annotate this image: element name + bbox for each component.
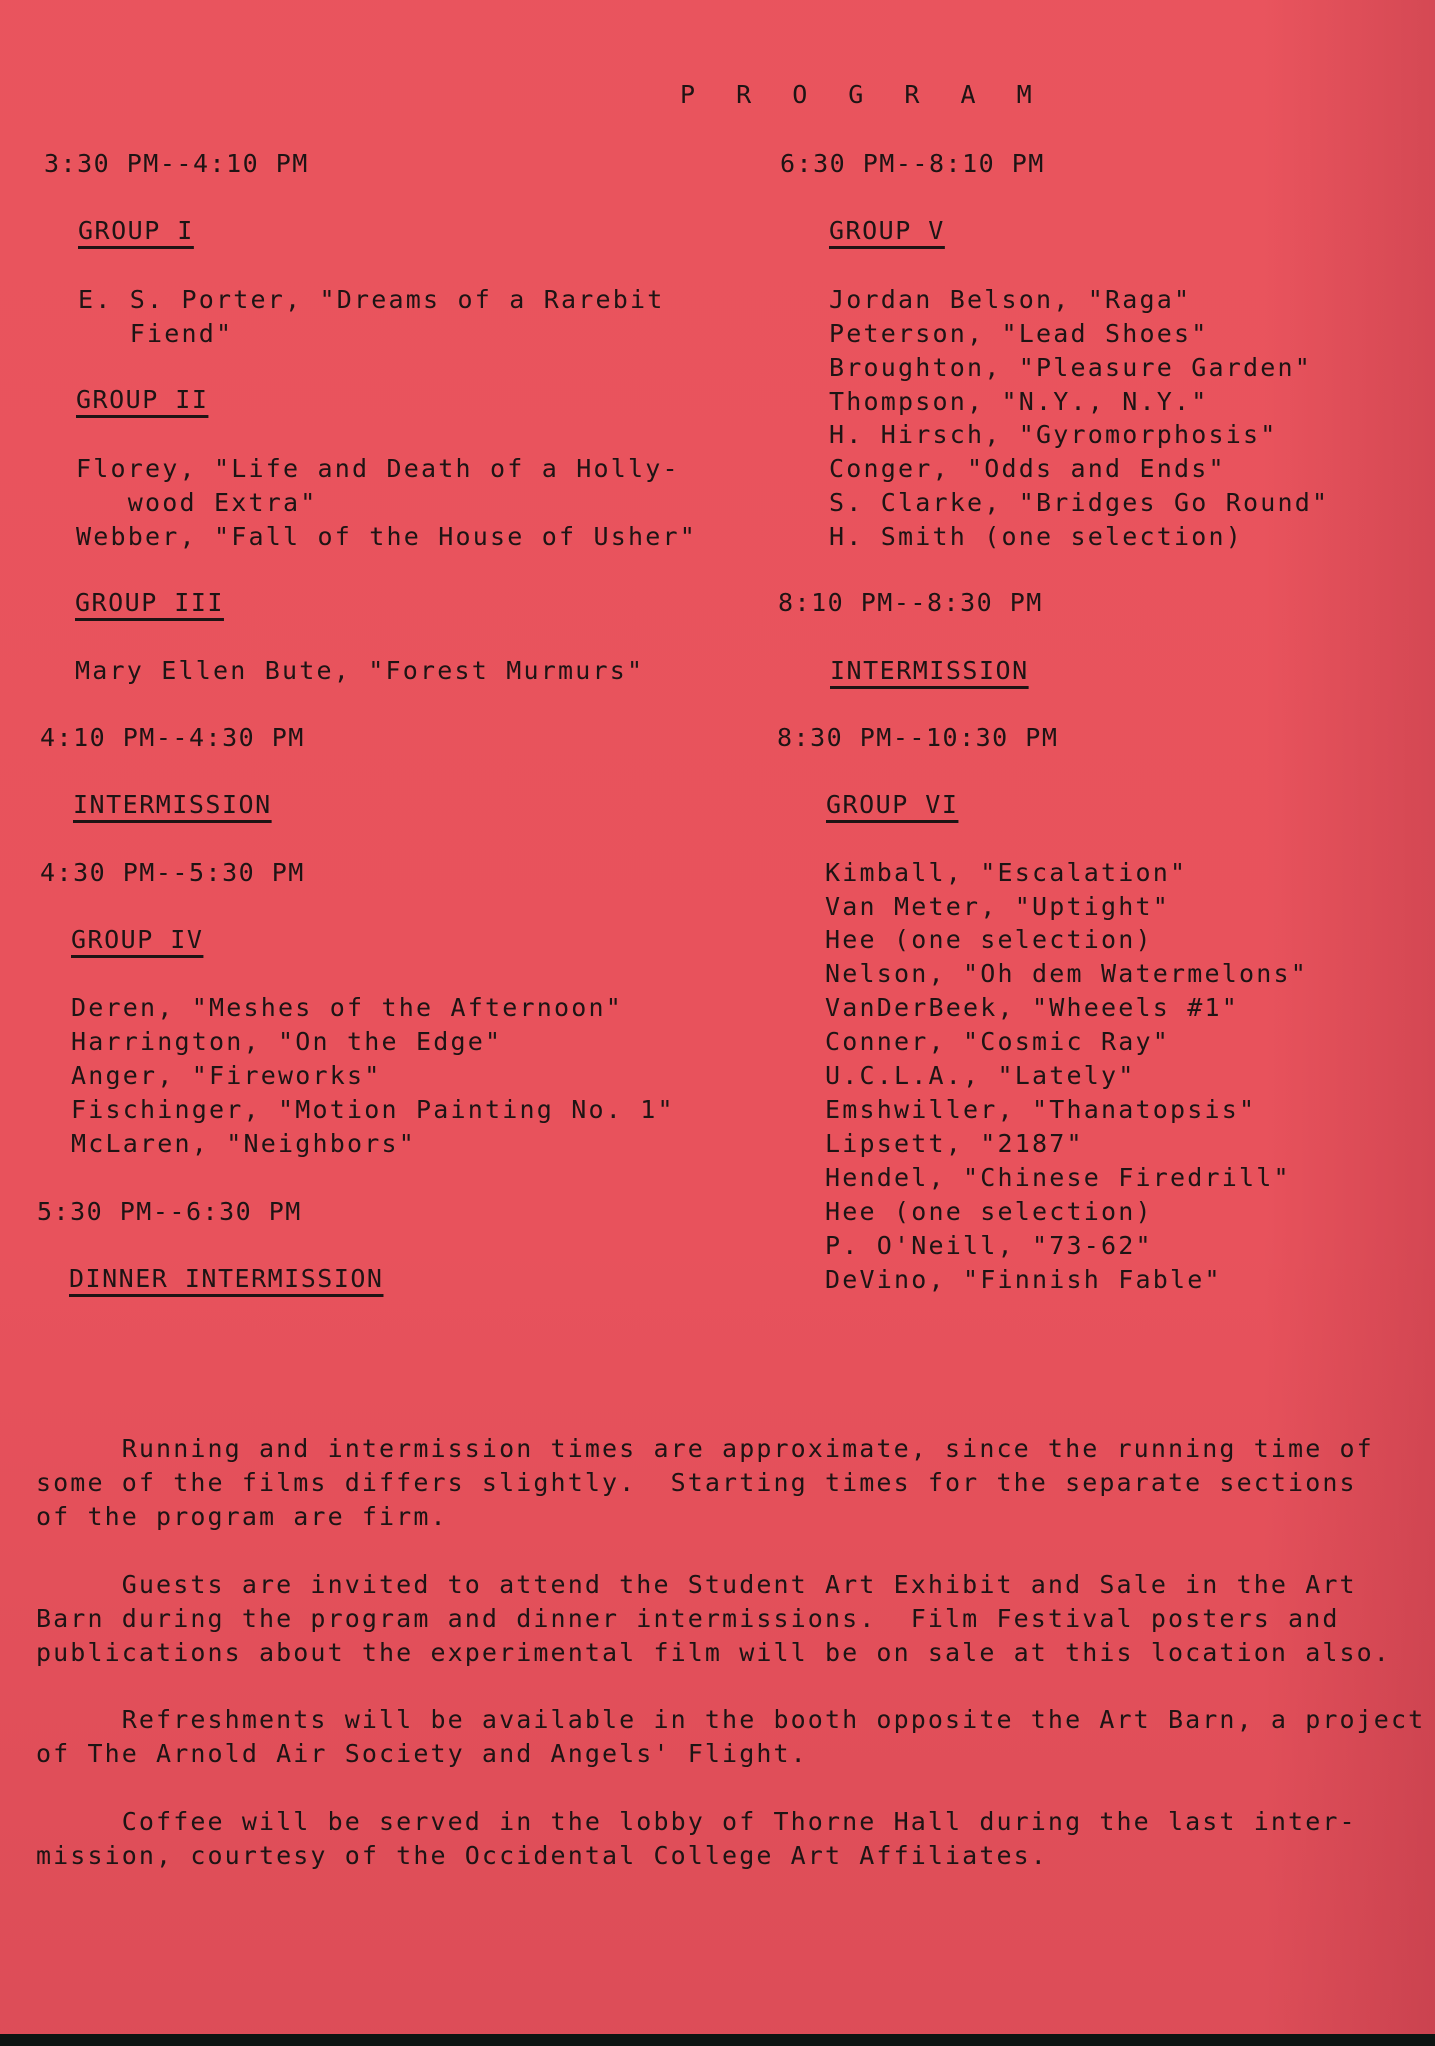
film-entry: Webber, "Fall of the House of Usher"	[76, 520, 697, 554]
film-entry: H. Hirsch, "Gyromorphosis"	[829, 418, 1278, 452]
film-entry: Fiend"	[78, 317, 233, 351]
film-entry: Emshwiller, "Thanatopsis"	[825, 1093, 1256, 1127]
film-entry: Thompson, "N.Y., N.Y."	[829, 385, 1209, 419]
film-entry: Hee (one selection)	[825, 923, 1153, 957]
film-entry: U.C.L.A., "Lately"	[825, 1059, 1136, 1093]
note-line: some of the films differs slightly. Star…	[36, 1466, 1357, 1500]
note-line: Running and intermission times are appro…	[36, 1432, 1374, 1466]
note-line: mission, courtesy of the Occidental Coll…	[36, 1839, 1048, 1873]
time-slot: 4:10 PM--4:30 PM	[40, 721, 305, 755]
time-slot: 3:30 PM--4:10 PM	[44, 147, 309, 181]
film-entry: P. O'Neill, "73-62"	[825, 1229, 1153, 1263]
group-heading: GROUP V	[829, 214, 945, 248]
group-heading: GROUP II	[76, 383, 208, 417]
film-entry: wood Extra"	[76, 486, 318, 520]
film-entry: Broughton, "Pleasure Garden"	[829, 351, 1312, 385]
scan-bottom-edge	[0, 2034, 1435, 2046]
film-entry: Fischinger, "Motion Painting No. 1"	[71, 1093, 675, 1127]
note-line: Guests are invited to attend the Student…	[36, 1568, 1357, 1602]
film-entry: McLaren, "Neighbors"	[71, 1127, 416, 1161]
film-entry: S. Clarke, "Bridges Go Round"	[829, 486, 1329, 520]
film-entry: Florey, "Life and Death of a Holly-	[76, 452, 680, 486]
film-entry: DeVino, "Finnish Fable"	[825, 1263, 1222, 1297]
note-line: of the program are firm.	[36, 1500, 448, 1534]
program-page: P R O G R A M 3:30 PM--4:10 PM GROUP I E…	[0, 0, 1435, 2034]
group-heading: GROUP III	[75, 586, 224, 620]
time-slot: 6:30 PM--8:10 PM	[780, 147, 1045, 181]
dinner-intermission-heading: DINNER INTERMISSION	[69, 1262, 383, 1296]
film-entry: Mary Ellen Bute, "Forest Murmurs"	[75, 654, 644, 688]
time-slot: 8:10 PM--8:30 PM	[778, 586, 1043, 620]
group-heading: GROUP IV	[71, 923, 203, 957]
time-slot: 5:30 PM--6:30 PM	[37, 1195, 302, 1229]
film-entry: Conger, "Odds and Ends"	[829, 452, 1226, 486]
note-line: Barn during the program and dinner inter…	[36, 1602, 1340, 1636]
film-entry: Conner, "Cosmic Ray"	[825, 1025, 1170, 1059]
note-line: Coffee will be served in the lobby of Th…	[36, 1805, 1357, 1839]
film-entry: Anger, "Fireworks"	[71, 1059, 382, 1093]
film-entry: Deren, "Meshes of the Afternoon"	[71, 991, 623, 1025]
film-entry: Nelson, "Oh dem Watermelons"	[825, 957, 1308, 991]
intermission-heading: INTERMISSION	[73, 788, 272, 822]
film-entry: Van Meter, "Uptight"	[825, 890, 1170, 924]
film-entry: Kimball, "Escalation"	[825, 856, 1187, 890]
note-line: publications about the experimental film…	[36, 1636, 1391, 1670]
group-heading: GROUP VI	[826, 788, 958, 822]
film-entry: E. S. Porter, "Dreams of a Rarebit	[78, 283, 665, 317]
time-slot: 4:30 PM--5:30 PM	[40, 856, 305, 890]
film-entry: Peterson, "Lead Shoes"	[829, 317, 1209, 351]
note-line: of The Arnold Air Society and Angels' Fl…	[36, 1737, 808, 1771]
page-title: P R O G R A M	[680, 80, 1045, 109]
intermission-heading: INTERMISSION	[830, 654, 1029, 688]
film-entry: Harrington, "On the Edge"	[71, 1025, 502, 1059]
film-entry: Lipsett, "2187"	[825, 1127, 1084, 1161]
time-slot: 8:30 PM--10:30 PM	[777, 721, 1058, 755]
note-line: Refreshments will be available in the bo…	[36, 1703, 1425, 1737]
group-heading: GROUP I	[78, 214, 194, 248]
film-entry: Hee (one selection)	[825, 1195, 1153, 1229]
film-entry: H. Smith (one selection)	[829, 520, 1243, 554]
film-entry: Jordan Belson, "Raga"	[829, 283, 1191, 317]
film-entry: Hendel, "Chinese Firedrill"	[825, 1161, 1291, 1195]
film-entry: VanDerBeek, "Wheeels #1"	[825, 991, 1239, 1025]
